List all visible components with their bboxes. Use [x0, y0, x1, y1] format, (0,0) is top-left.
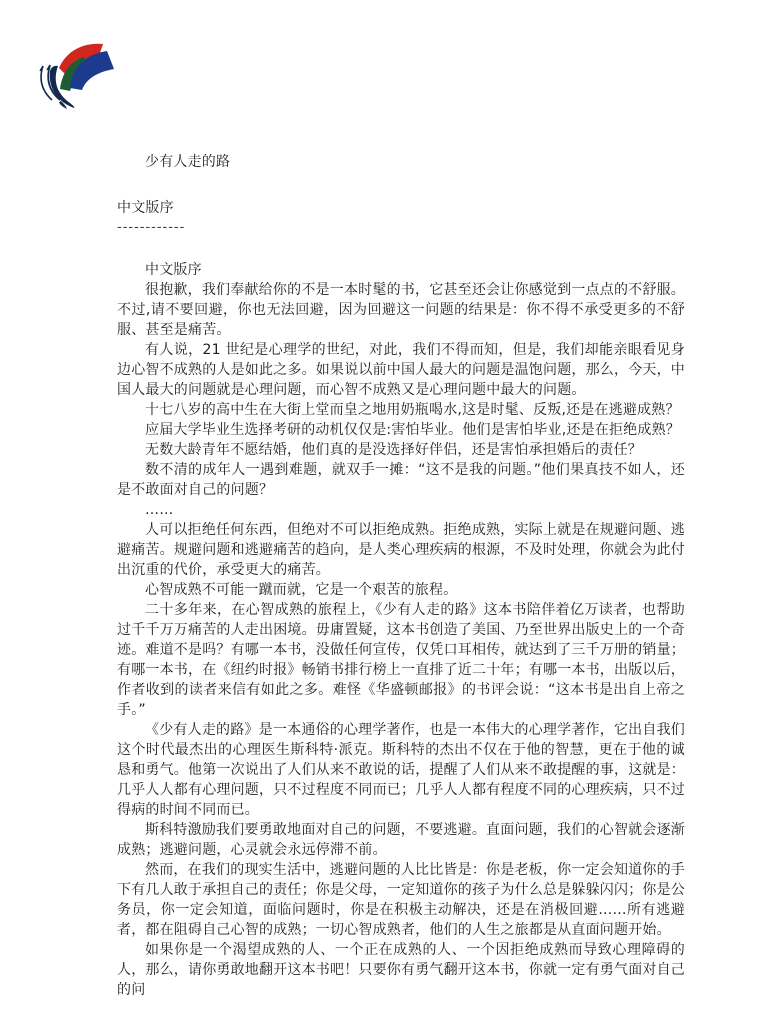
section-heading: 中文版序: [117, 198, 685, 218]
paragraph: 斯科特激励我们要勇敢地面对自己的问题，不要逃避。直面问题，我们的心智就会逐渐成熟…: [117, 820, 685, 860]
body-text: 很抱歉，我们奉献给你的不是一本时髦的书，它甚至还会让你感觉到一点点的不舒服。不过…: [117, 280, 685, 1000]
page-title: 少有人走的路: [145, 152, 685, 172]
publisher-logo-icon: [37, 42, 115, 112]
paragraph: ……: [117, 500, 685, 520]
paragraph: 心智成熟不可能一蹴而就，它是一个艰苦的旅程。: [117, 580, 685, 600]
paragraph: 人可以拒绝任何东西，但绝对不可以拒绝成熟。拒绝成熟，实际上就是在规避问题、逃避痛…: [117, 520, 685, 580]
paragraph: 十七八岁的高中生在大街上堂而皇之地用奶瓶喝水,这是时髦、反叛,还是在逃避成熟？: [117, 400, 685, 420]
inner-heading: 中文版序: [145, 260, 685, 280]
paragraph: 很抱歉，我们奉献给你的不是一本时髦的书，它甚至还会让你感觉到一点点的不舒服。不过…: [117, 280, 685, 340]
paragraph: 二十多年来，在心智成熟的旅程上，《少有人走的路》这本书陪伴着亿万读者，也帮助过千…: [117, 600, 685, 720]
paragraph: 数不清的成年人一遇到难题，就双手一摊：“这不是我的问题。”他们果真技不如人，还是…: [117, 460, 685, 500]
dashed-divider: ------------: [117, 218, 685, 238]
paragraph: 《少有人走的路》是一本通俗的心理学著作，也是一本伟大的心理学著作，它出自我们这个…: [117, 720, 685, 820]
paragraph: 有人说，21 世纪是心理学的世纪，对此，我们不得而知，但是，我们却能亲眼看见身边…: [117, 340, 685, 400]
paragraph: 如果你是一个渴望成熟的人、一个正在成熟的人、一个因拒绝成熟而导致心理障碍的人，那…: [117, 940, 685, 1000]
document-page: 少有人走的路 中文版序 ------------ 中文版序 很抱歉，我们奉献给你…: [0, 0, 768, 1024]
paragraph: 应届大学毕业生选择考研的动机仅仅是:害怕毕业。他们是害怕毕业,还是在拒绝成熟？: [117, 420, 685, 440]
paragraph: 然而，在我们的现实生活中，逃避问题的人比比皆是：你是老板，你一定会知道你的手下有…: [117, 860, 685, 940]
document-content: 少有人走的路 中文版序 ------------ 中文版序 很抱歉，我们奉献给你…: [117, 152, 685, 1000]
paragraph: 无数大龄青年不愿结婚，他们真的是没选择好伴侣，还是害怕承担婚后的责任？: [117, 440, 685, 460]
